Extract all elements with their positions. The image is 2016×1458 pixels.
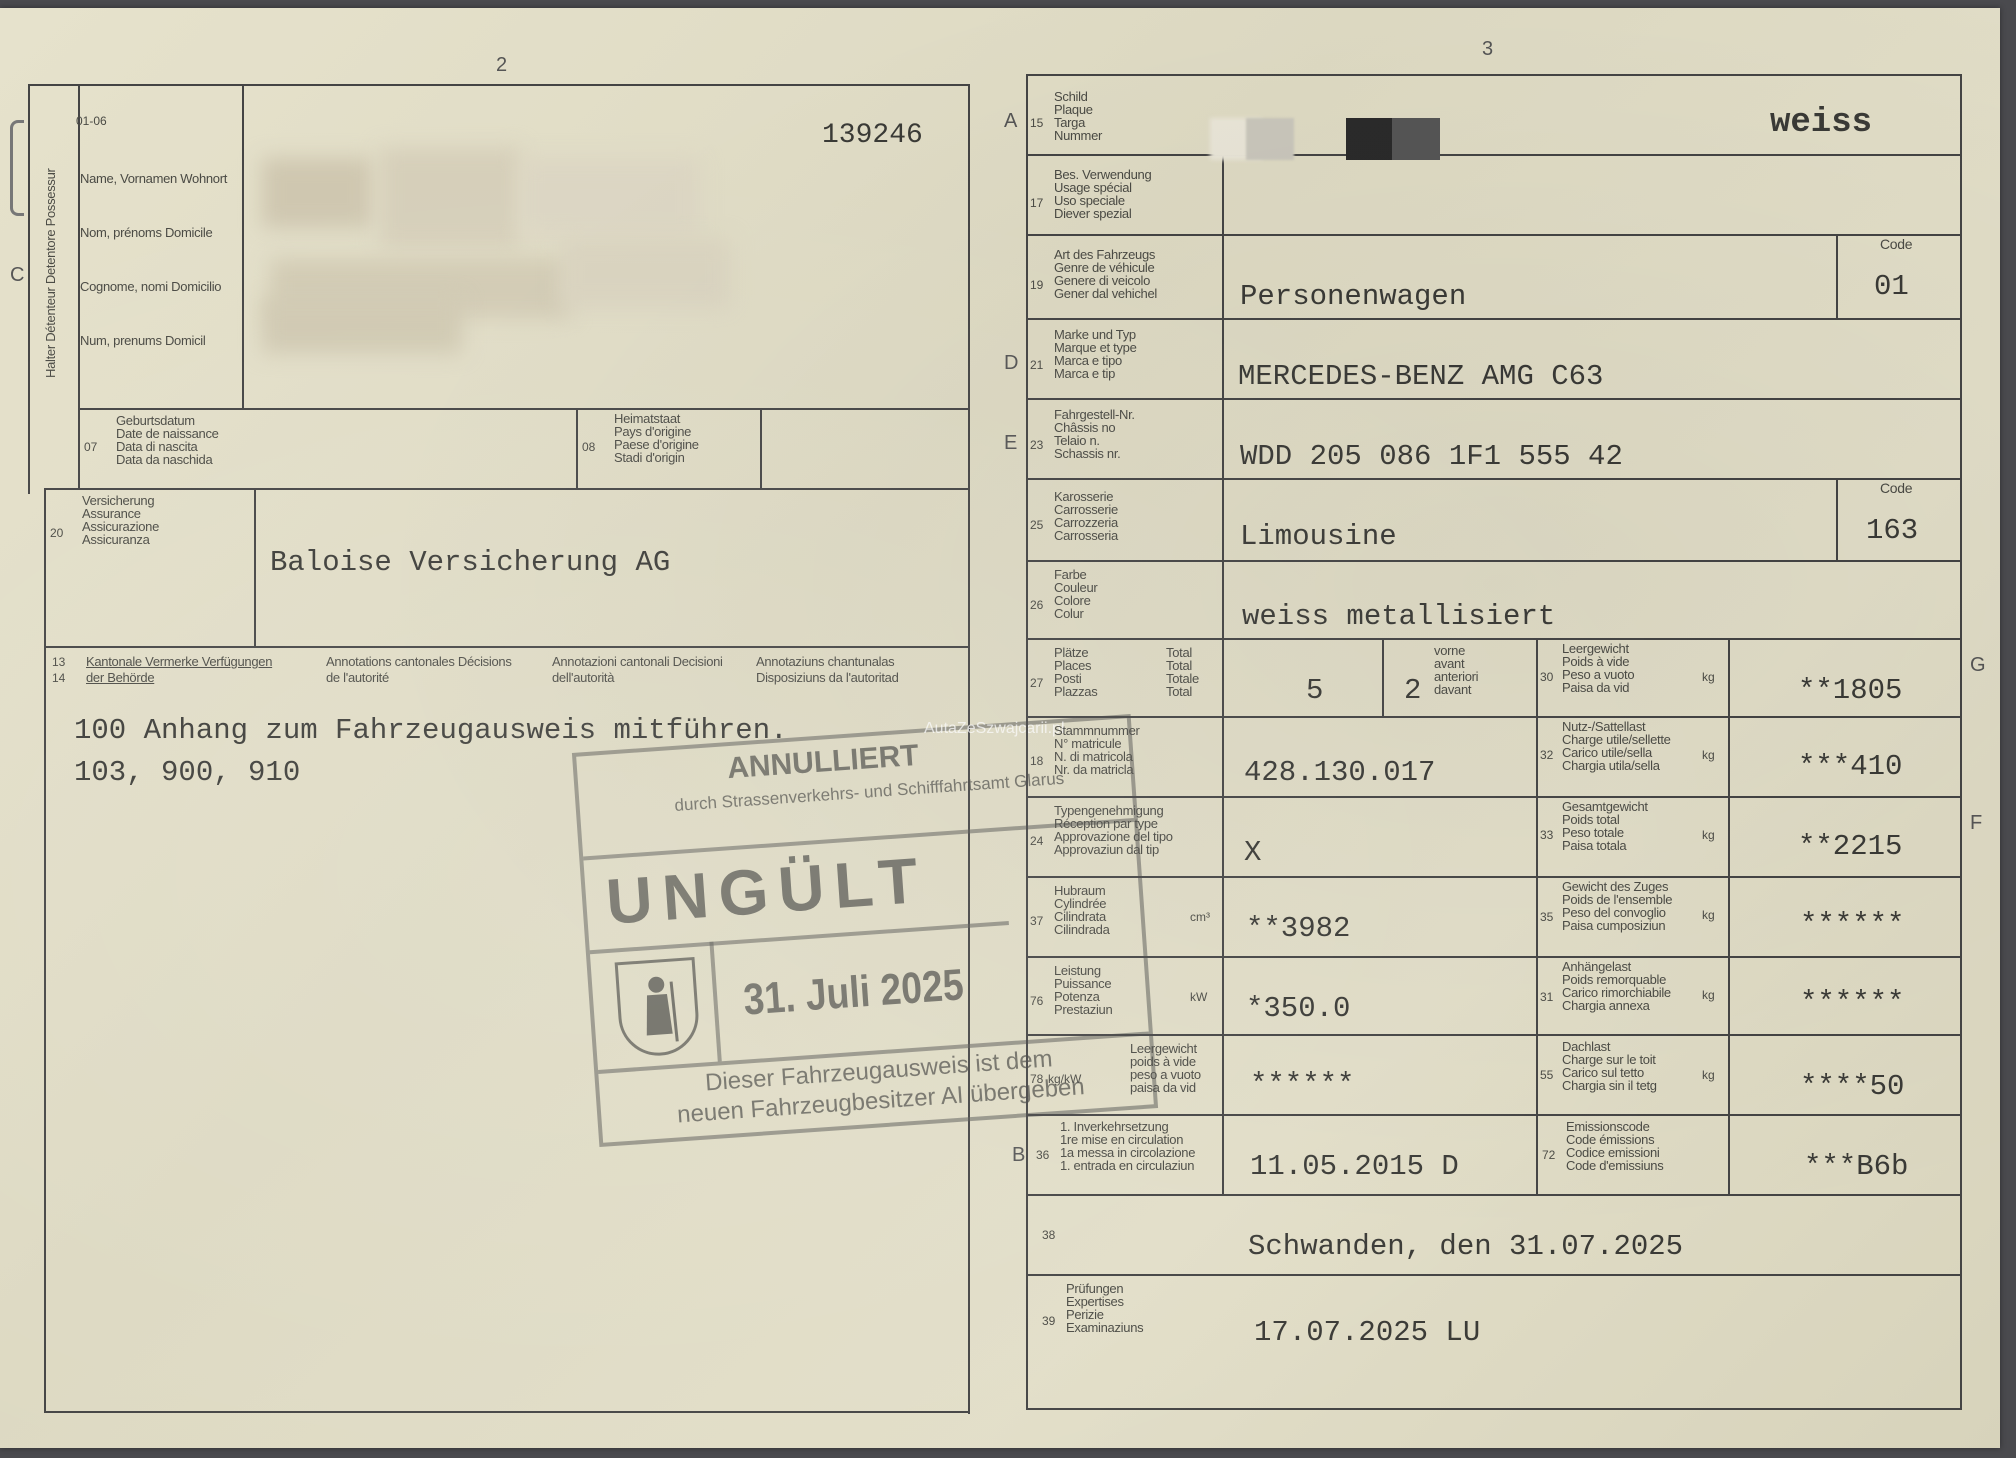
document-number: 139246: [822, 120, 923, 151]
field-27-code: 27: [1030, 676, 1043, 690]
field-25-code-label: Code: [1880, 482, 1912, 495]
field-18-code: 18: [1030, 754, 1043, 768]
field-25-label-rm: Carrosseria: [1054, 529, 1118, 542]
field-26-code: 26: [1030, 598, 1043, 612]
field-25-code: 25: [1030, 518, 1043, 532]
field-37-code: 37: [1030, 914, 1043, 928]
field-17-label-rm: Diever spezial: [1054, 207, 1151, 220]
column-number-2: 2: [496, 54, 507, 77]
field-23-label-rm: Schassis nr.: [1054, 447, 1135, 460]
field-35-code: 35: [1540, 910, 1553, 924]
seats-total-value: 5: [1306, 674, 1323, 707]
emission-code-value: ***B6b: [1804, 1150, 1908, 1183]
field-01-06-label-it: Cognome, nomi Domicilio: [80, 280, 240, 293]
field-55-unit: kg: [1702, 1068, 1715, 1082]
chassis-number-value: WDD 205 086 1F1 555 42: [1240, 440, 1623, 473]
field-30-unit: kg: [1702, 670, 1715, 684]
section-letter-e: E: [1004, 432, 1017, 455]
inspection-value: 17.07.2025 LU: [1254, 1316, 1480, 1349]
vehicle-registration-document: 2 3 Halter Détenteur Detentore Possessur…: [0, 8, 2000, 1448]
glarus-coat-of-arms-icon: [615, 957, 702, 1058]
remarks-header-fr: Annotations cantonales Décisions de l'au…: [326, 654, 526, 686]
stamp-date: 31. Juli 2025: [742, 960, 965, 1025]
section-letter-a: A: [1004, 110, 1017, 133]
field-55-code: 55: [1540, 1068, 1553, 1082]
field-15-label-rm: Nummer: [1054, 129, 1102, 142]
make-model-value: MERCEDES-BENZ AMG C63: [1238, 360, 1603, 393]
field-78-label-rm: paisa da vid: [1130, 1081, 1201, 1094]
vehicle-type-value: Personenwagen: [1240, 280, 1466, 313]
field-08-label-rm: Stadi d'origin: [614, 451, 754, 464]
field-01-06-label-fr: Nom, prénoms Domicile: [80, 226, 240, 239]
issue-place-date-value: Schwanden, den 31.07.2025: [1248, 1230, 1683, 1263]
field-33-label-rm: Paisa totala: [1562, 839, 1648, 852]
plate-color: weiss: [1770, 104, 1872, 142]
field-24-code: 24: [1030, 834, 1043, 848]
field-39-label-rm: Examinaziuns: [1066, 1321, 1143, 1334]
field-36-code: 36: [1036, 1148, 1049, 1162]
margin-letter-f: F: [1970, 812, 1982, 835]
empty-weight-value: **1805: [1798, 674, 1902, 707]
field-07-code: 07: [84, 440, 97, 454]
train-weight-value: ******: [1800, 908, 1904, 941]
stamp-header: ANNULLIERT: [726, 739, 920, 786]
field-38-code: 38: [1042, 1228, 1055, 1242]
field-76-label-rm: Prestaziun: [1054, 1003, 1112, 1016]
holder-side-label: Halter Détenteur Detentore Possessur: [44, 78, 57, 378]
field-27-label-rm: Plazzas: [1054, 685, 1097, 698]
towing-weight-value: ******: [1800, 986, 1904, 1019]
matriculation-number-value: 428.130.017: [1244, 756, 1435, 789]
remarks-code-13: 13: [52, 654, 65, 670]
field-72-code: 72: [1542, 1148, 1555, 1162]
vehicle-type-code: 01: [1874, 270, 1909, 303]
total-weight-value: **2215: [1798, 830, 1902, 863]
remarks-code-14: 14: [52, 670, 65, 686]
field-31-unit: kg: [1702, 988, 1715, 1002]
field-33-unit: kg: [1702, 828, 1715, 842]
weight-power-ratio-value: ******: [1250, 1068, 1354, 1101]
field-35-label-rm: Paisa cumposiziun: [1562, 919, 1672, 932]
field-72-label-rm: Code d'emissiuns: [1566, 1159, 1663, 1172]
roof-load-value: ****50: [1800, 1070, 1904, 1103]
field-07-label-rm: Data da naschida: [116, 453, 256, 466]
field-32-unit: kg: [1702, 748, 1715, 762]
color-value: weiss metallisiert: [1242, 600, 1555, 633]
field-30-label-rm: Paisa da vid: [1562, 681, 1634, 694]
field-15-code: 15: [1030, 116, 1043, 130]
field-19-code: 19: [1030, 278, 1043, 292]
body-type-value: Limousine: [1240, 520, 1397, 553]
field-08-code: 08: [582, 440, 595, 454]
field-35-unit: kg: [1702, 908, 1715, 922]
field-18-label-rm: Nr. da matricla: [1054, 763, 1140, 776]
insurance-value: Baloise Versicherung AG: [270, 546, 670, 579]
field-01-06-label-de: Name, Vornamen Wohnort: [80, 172, 240, 185]
field-26-label-rm: Colur: [1054, 607, 1097, 620]
field-31-code: 31: [1540, 990, 1553, 1004]
paper-clip: [10, 120, 24, 216]
field-39-code: 39: [1042, 1314, 1055, 1328]
field-55-label-rm: Chargia sin il tetg: [1562, 1079, 1657, 1092]
seats-front-value: 2: [1404, 674, 1421, 707]
first-registration-value: 11.05.2015 D: [1250, 1150, 1459, 1183]
section-letter-b: B: [1012, 1144, 1025, 1167]
field-21-label-rm: Marca e tip: [1054, 367, 1137, 380]
payload-value: ***410: [1798, 750, 1902, 783]
field-20-label-rm: Assicuranza: [82, 533, 252, 546]
remarks-header-rm: Annotaziuns chantunalas Disposiziuns da …: [756, 654, 966, 686]
field-32-code: 32: [1540, 748, 1553, 762]
field-31-label-rm: Chargia annexa: [1562, 999, 1671, 1012]
field-01-06-label-rm: Num, prenums Domicil: [80, 334, 240, 347]
field-21-code: 21: [1030, 358, 1043, 372]
displacement-value: **3982: [1246, 912, 1350, 945]
remarks-header-it: Annotazioni cantonali Decisioni dell'aut…: [552, 654, 752, 686]
column-number-3: 3: [1482, 38, 1493, 61]
watermark: AutaZeSzwajcarii.pl: [924, 720, 1065, 738]
field-33-code: 33: [1540, 828, 1553, 842]
field-24-label-rm: Approvaziun dal tip: [1054, 843, 1173, 856]
field-01-06-code: 01-06: [76, 114, 107, 128]
field-37-unit: cm³: [1190, 910, 1210, 924]
field-30-code: 30: [1540, 670, 1553, 684]
field-19-label-rm: Gener dal vehichel: [1054, 287, 1157, 300]
field-78-code: 78: [1030, 1072, 1043, 1086]
seats-front-label-rm: davant: [1434, 683, 1478, 696]
remarks-header-de: Kantonale Vermerke Verfügungen der Behör…: [86, 654, 286, 686]
body-type-code: 163: [1866, 514, 1918, 547]
stamp-title: UNGÜLT: [604, 843, 930, 939]
field-78-unit: kg/kW: [1048, 1072, 1081, 1086]
field-32-label-rm: Chargia utila/sella: [1562, 759, 1671, 772]
power-value: *350.0: [1246, 992, 1350, 1025]
seats-total-label-rm: Total: [1166, 685, 1199, 698]
field-23-code: 23: [1030, 438, 1043, 452]
field-76-code: 76: [1030, 994, 1043, 1008]
section-letter-d: D: [1004, 352, 1018, 375]
section-letter-c: C: [10, 264, 24, 287]
field-19-code-label: Code: [1880, 238, 1912, 251]
field-20-code: 20: [50, 526, 63, 540]
field-36-label-rm: 1. entrada en circulaziun: [1060, 1159, 1195, 1172]
type-approval-value: X: [1244, 836, 1261, 869]
field-37-label-rm: Cilindrada: [1054, 923, 1110, 936]
margin-letter-g: G: [1970, 654, 1986, 677]
field-17-code: 17: [1030, 196, 1043, 210]
field-76-unit: kW: [1190, 990, 1207, 1004]
